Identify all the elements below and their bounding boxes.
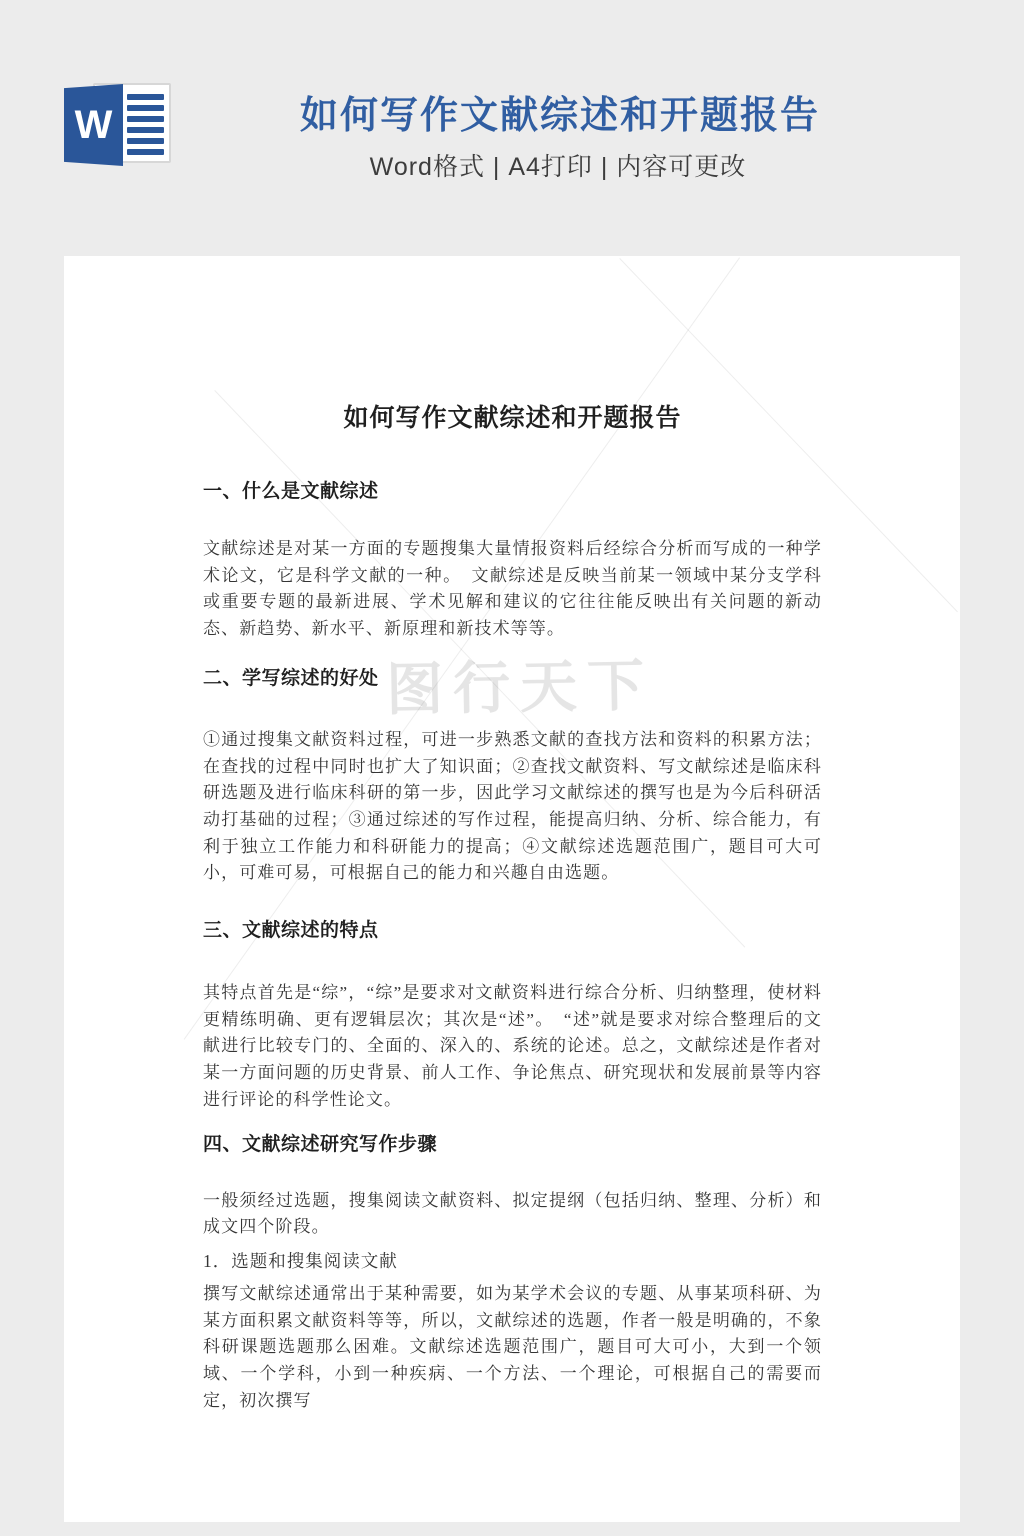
- header-title: 如何写作文献综述和开题报告: [300, 94, 820, 138]
- section-heading-2: 二、学写综述的好处: [203, 665, 822, 693]
- word-icon-letter: W: [75, 103, 113, 148]
- section-heading-4: 四、文献综述研究写作步骤: [203, 1131, 822, 1159]
- document-title: 如何写作文献综述和开题报告: [203, 402, 822, 436]
- header-subtitle: Word格式 | A4打印 | 内容可更改: [370, 151, 747, 183]
- word-icon: W: [64, 82, 170, 168]
- document-page: 图行天下 如何写作文献综述和开题报告 一、什么是文献综述 文献综述是对某一方面的…: [64, 256, 960, 1522]
- subitem-label: 1．选题和搜集阅读文献: [203, 1248, 822, 1275]
- section-heading-3: 三、文献综述的特点: [203, 917, 822, 945]
- section-paragraph-3: 其特点首先是“综”，“综”是要求对文献资料进行综合分析、归纳整理，使材料更精练明…: [203, 980, 822, 1114]
- section-paragraph-1: 文献综述是对某一方面的专题搜集大量情报资料后经综合分析而写成的一种学术论文，它是…: [203, 536, 822, 643]
- word-icon-w-panel: W: [64, 84, 123, 166]
- subitem-paragraph: 撰写文献综述通常出于某种需要，如为某学术会议的专题、从事某项科研、为某方面积累文…: [203, 1281, 822, 1415]
- section-paragraph-2: ①通过搜集文献资料过程，可进一步熟悉文献的查找方法和资料的积累方法；在查找的过程…: [203, 727, 822, 887]
- header: W 如何写作文献综述和开题报告 Word格式 | A4打印 | 内容可更改: [0, 0, 1024, 256]
- section-heading-1: 一、什么是文献综述: [203, 478, 822, 506]
- section-paragraph-4: 一般须经过选题，搜集阅读文献资料、拟定提纲（包括归纳、整理、分析）和成文四个阶段…: [203, 1188, 822, 1241]
- word-icon-text-lines: [127, 94, 164, 160]
